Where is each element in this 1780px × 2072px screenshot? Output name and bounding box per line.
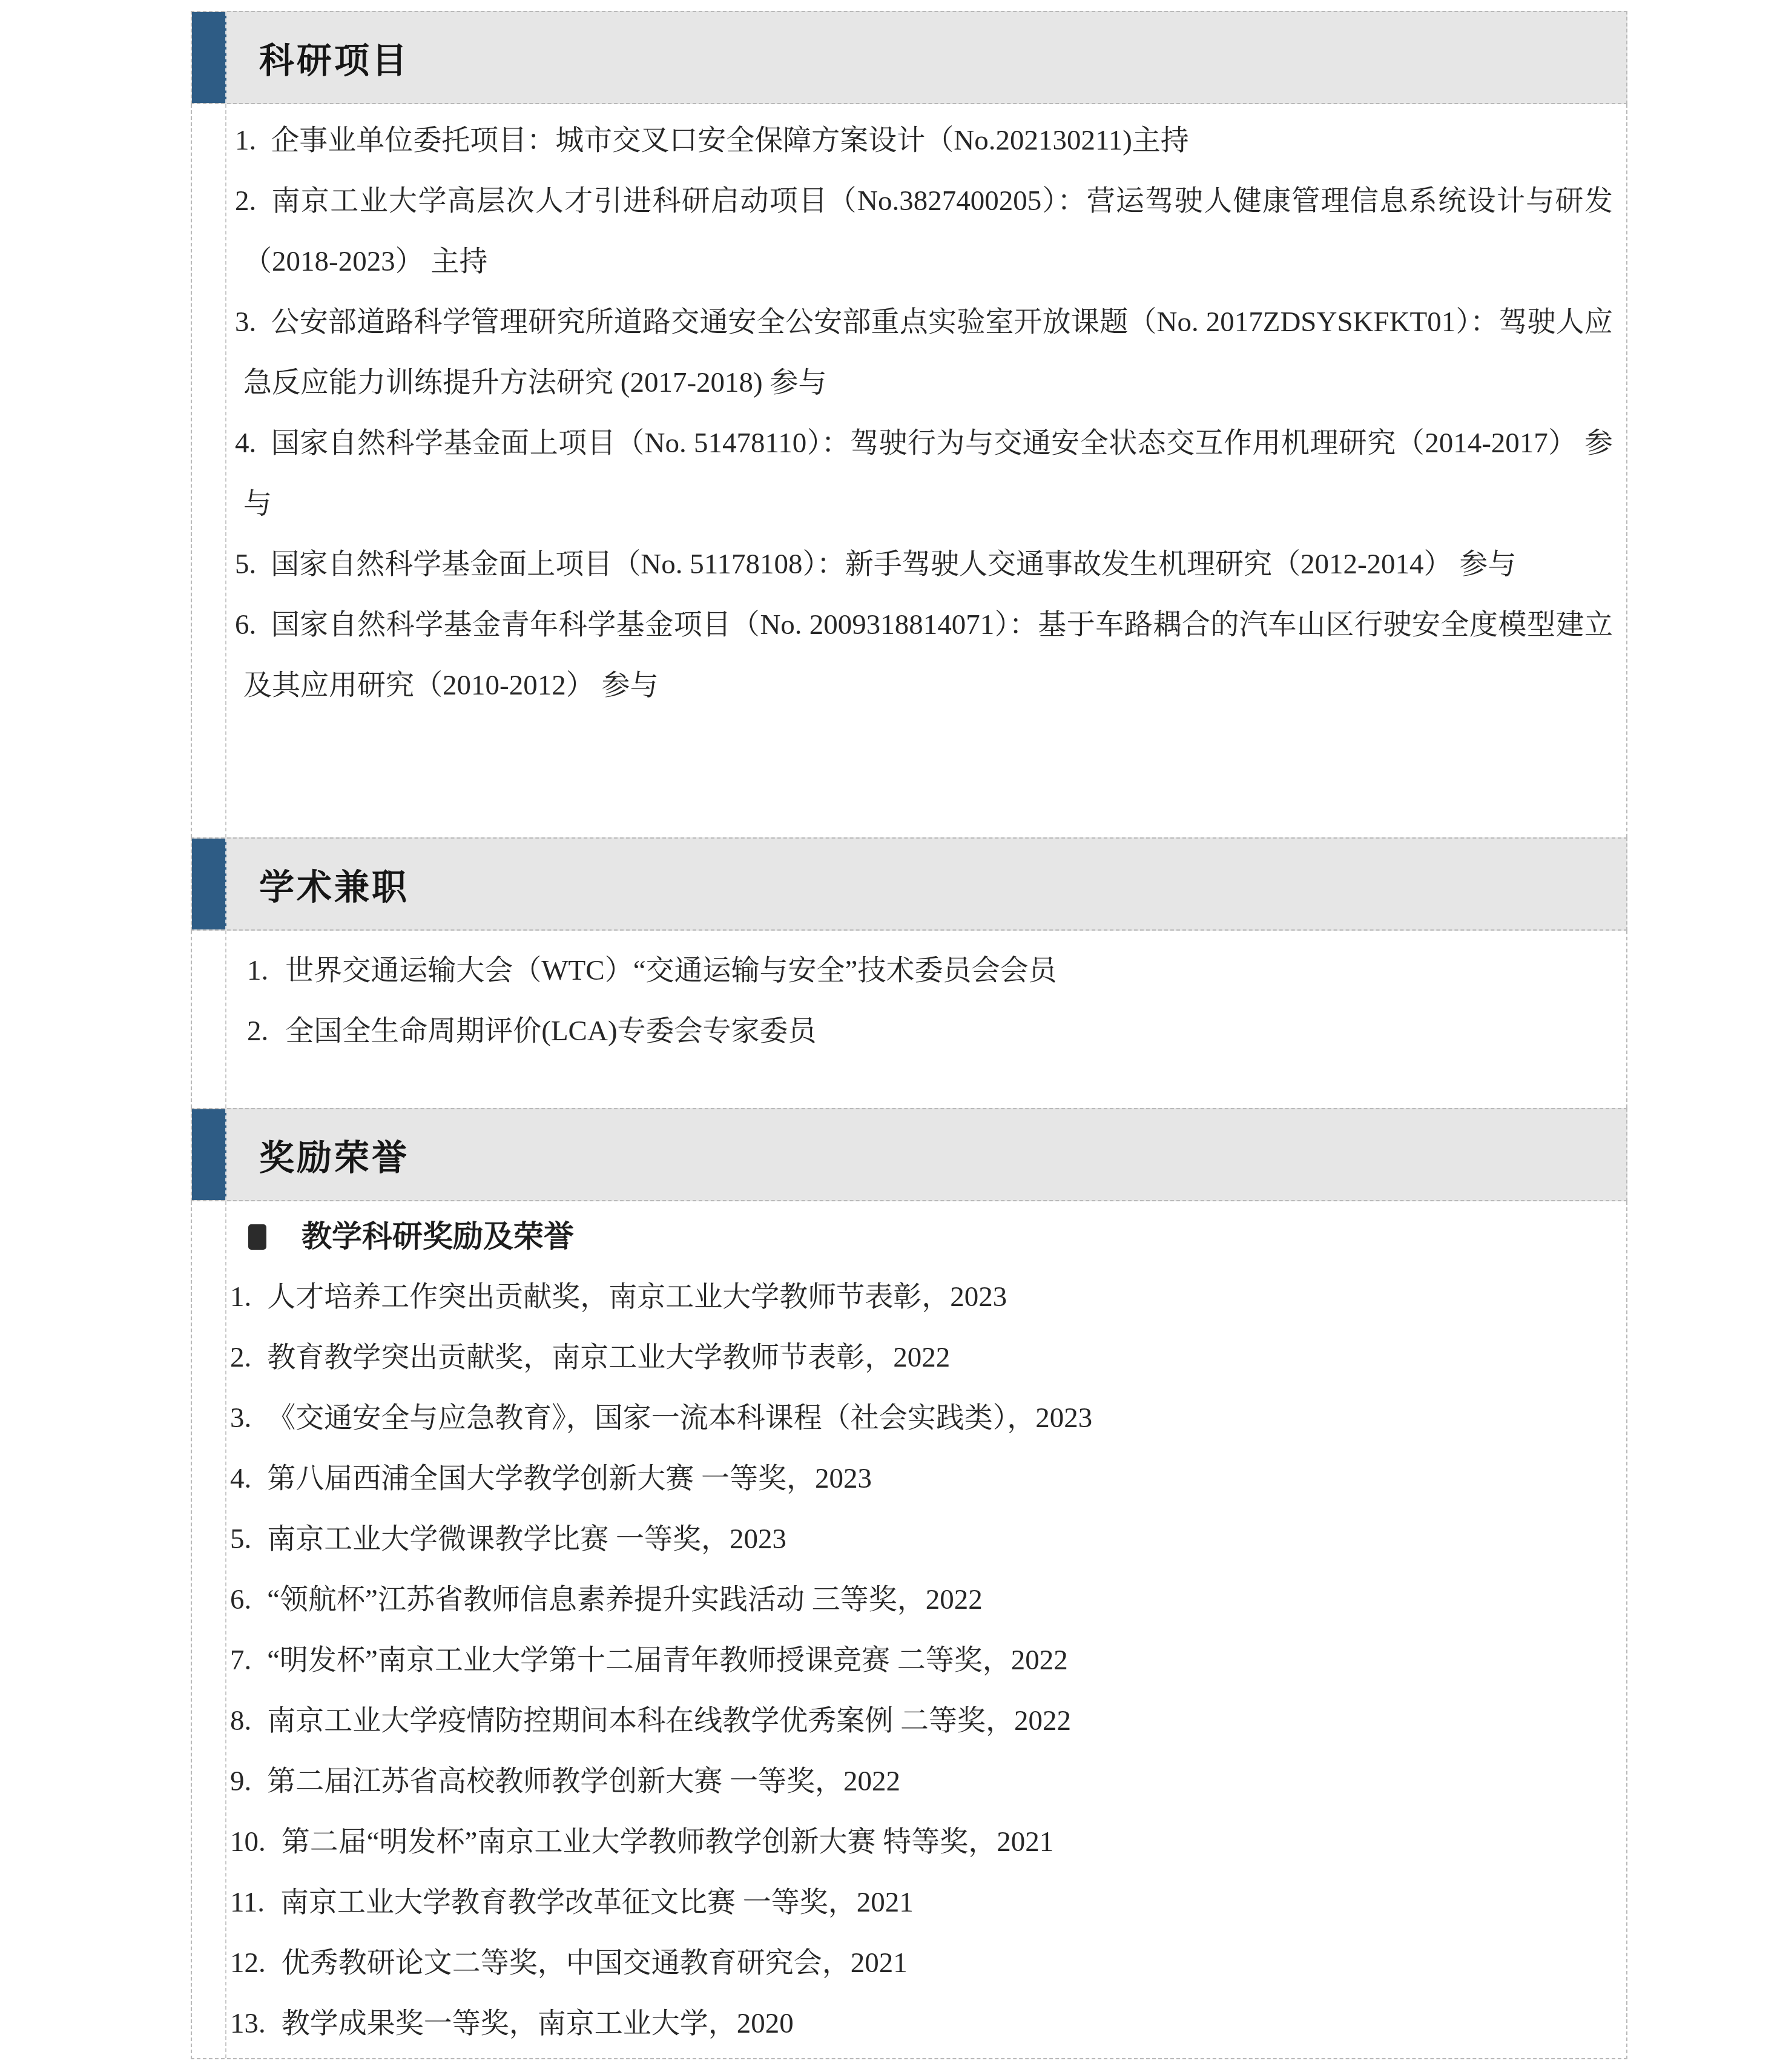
list-item: 5.南京工业大学微课教学比赛 一等奖，2023 [226,1509,1613,1569]
item-number: 10. [230,1826,266,1858]
item-number: 3. [235,306,256,338]
list-item: 7.“明发杯”南京工业大学第十二届青年教师授课竞赛 二等奖，2022 [226,1630,1613,1691]
item-number: 2. [247,1015,268,1047]
list-item: 4.第八届西浦全国大学教学创新大赛 一等奖，2023 [226,1448,1613,1509]
section-body-awards: 教学科研奖励及荣誉 1.人才培养工作突出贡献奖，南京工业大学教师节表彰，2023… [191,1201,1627,2059]
section-title-wrap: 学术兼职 [226,839,1626,929]
item-number: 1. [230,1281,251,1313]
gutter-column [192,1201,226,2058]
item-number: 13. [230,2008,266,2039]
item-text: “领航杯”江苏省教师信息素养提升实践活动 三等奖，2022 [267,1584,982,1615]
item-number: 11. [230,1887,265,1918]
list-item: 6.“领航杯”江苏省教师信息素养提升实践活动 三等奖，2022 [226,1569,1613,1630]
section-body-academic: 1.世界交通运输大会（WTC）“交通运输与安全”技术委员会会员 2.全国全生命周… [191,931,1627,1108]
awards-subsection-header: 教学科研奖励及荣誉 [226,1206,1613,1267]
list-item: 3.《交通安全与应急教育》，国家一流本科课程（社会实践类），2023 [226,1388,1613,1448]
item-text: 第二届“明发杯”南京工业大学教师教学创新大赛 特等奖，2021 [282,1826,1053,1858]
item-text: 南京工业大学微课教学比赛 一等奖，2023 [267,1523,786,1555]
item-text: 优秀教研论文二等奖，中国交通教育研究会，2021 [282,1947,908,1979]
awards-list: 教学科研奖励及荣誉 1.人才培养工作突出贡献奖，南京工业大学教师节表彰，2023… [226,1201,1626,2058]
item-number: 1. [247,955,268,986]
item-number: 6. [230,1584,251,1615]
item-text: 全国全生命周期评价(LCA)专委会专家委员 [285,1015,816,1047]
list-item: 5.国家自然科学基金面上项目（No. 51178108）：新手驾驶人交通事故发生… [226,534,1613,595]
section-accent-bar [192,1109,226,1200]
square-bullet-icon [248,1224,266,1250]
gutter-column [192,931,226,1108]
item-text: 公安部道路科学管理研究所道路交通安全公安部重点实验室开放课题（No. 2017Z… [243,306,1613,398]
section-title-research: 科研项目 [259,32,409,83]
research-project-list: 1.企事业单位委托项目：城市交叉口安全保障方案设计（No.202130211)主… [226,104,1626,837]
section-header-academic: 学术兼职 [191,837,1627,931]
item-number: 7. [230,1645,251,1676]
list-item: 2.教育教学突出贡献奖，南京工业大学教师节表彰，2022 [226,1327,1613,1388]
list-item: 8.南京工业大学疫情防控期间本科在线教学优秀案例 二等奖，2022 [226,1691,1613,1751]
list-item: 13.教学成果奖一等奖，南京工业大学，2020 [226,1993,1613,2054]
item-number: 4. [230,1463,251,1494]
cv-document-page: { "colors": { "accent_blue": "#2e5c85", … [0,0,1780,2072]
item-text: 南京工业大学高层次人才引进科研启动项目（No.3827400205）：营运驾驶人… [243,185,1613,277]
item-text: 第八届西浦全国大学教学创新大赛 一等奖，2023 [267,1463,872,1494]
item-text: 人才培养工作突出贡献奖，南京工业大学教师节表彰，2023 [267,1281,1007,1313]
item-text: 国家自然科学基金面上项目（No. 51478110）：驾驶行为与交通安全状态交互… [243,427,1613,520]
item-text: 教育教学突出贡献奖，南京工业大学教师节表彰，2022 [267,1342,950,1373]
item-number: 4. [235,427,256,459]
list-item: 3.公安部道路科学管理研究所道路交通安全公安部重点实验室开放课题（No. 201… [226,292,1613,413]
document-body: 科研项目 1.企事业单位委托项目：城市交叉口安全保障方案设计（No.202130… [191,11,1627,2059]
item-number: 12. [230,1947,266,1979]
item-number: 2. [235,185,256,217]
list-item: 1.世界交通运输大会（WTC）“交通运输与安全”技术委员会会员 [226,940,1613,1001]
item-number: 5. [230,1523,251,1555]
section-header-awards: 奖励荣誉 [191,1108,1627,1201]
section-accent-bar [192,839,226,929]
item-number: 2. [230,1342,251,1373]
list-item: 2.南京工业大学高层次人才引进科研启动项目（No.3827400205）：营运驾… [226,171,1613,292]
item-number: 6. [235,609,256,641]
section-title-wrap: 科研项目 [226,12,1626,103]
item-text: 国家自然科学基金面上项目（No. 51178108）：新手驾驶人交通事故发生机理… [271,549,1516,580]
awards-subsection-label: 教学科研奖励及荣誉 [302,1219,574,1253]
item-text: 《交通安全与应急教育》，国家一流本科课程（社会实践类），2023 [267,1402,1092,1434]
item-number: 5. [235,549,256,580]
section-body-research: 1.企事业单位委托项目：城市交叉口安全保障方案设计（No.202130211)主… [191,104,1627,837]
list-item: 1.企事业单位委托项目：城市交叉口安全保障方案设计（No.202130211)主… [226,110,1613,171]
section-title-academic: 学术兼职 [259,859,409,909]
item-text: 企事业单位委托项目：城市交叉口安全保障方案设计（No.202130211)主持 [271,125,1189,156]
section-title-wrap: 奖励荣誉 [226,1109,1626,1200]
list-item: 11.南京工业大学教育教学改革征文比赛 一等奖，2021 [226,1872,1613,1933]
list-item: 9.第二届江苏省高校教师教学创新大赛 一等奖，2022 [226,1751,1613,1812]
academic-position-list: 1.世界交通运输大会（WTC）“交通运输与安全”技术委员会会员 2.全国全生命周… [226,931,1626,1108]
list-item: 12.优秀教研论文二等奖，中国交通教育研究会，2021 [226,1933,1613,1993]
gutter-column [192,104,226,837]
list-item: 4.国家自然科学基金面上项目（No. 51478110）：驾驶行为与交通安全状态… [226,413,1613,534]
list-item: 10.第二届“明发杯”南京工业大学教师教学创新大赛 特等奖，2021 [226,1812,1613,1872]
item-text: 教学成果奖一等奖，南京工业大学，2020 [282,2008,794,2039]
item-text: 南京工业大学教育教学改革征文比赛 一等奖，2021 [280,1887,914,1918]
item-number: 1. [235,125,256,156]
item-text: “明发杯”南京工业大学第十二届青年教师授课竞赛 二等奖，2022 [267,1645,1067,1676]
item-text: 国家自然科学基金青年科学基金项目（No. 2009318814071）：基于车路… [243,609,1613,701]
section-header-research: 科研项目 [191,11,1627,104]
item-number: 9. [230,1766,251,1797]
list-item: 1.人才培养工作突出贡献奖，南京工业大学教师节表彰，2023 [226,1267,1613,1327]
list-item: 2.全国全生命周期评价(LCA)专委会专家委员 [226,1001,1613,1061]
item-text: 第二届江苏省高校教师教学创新大赛 一等奖，2022 [267,1766,900,1797]
item-text: 南京工业大学疫情防控期间本科在线教学优秀案例 二等奖，2022 [267,1705,1071,1737]
section-accent-bar [192,12,226,103]
item-text: 世界交通运输大会（WTC）“交通运输与安全”技术委员会会员 [285,955,1056,986]
section-title-awards: 奖励荣誉 [259,1129,409,1180]
item-number: 8. [230,1705,251,1737]
list-item: 6.国家自然科学基金青年科学基金项目（No. 2009318814071）：基于… [226,595,1613,716]
item-number: 3. [230,1402,251,1434]
